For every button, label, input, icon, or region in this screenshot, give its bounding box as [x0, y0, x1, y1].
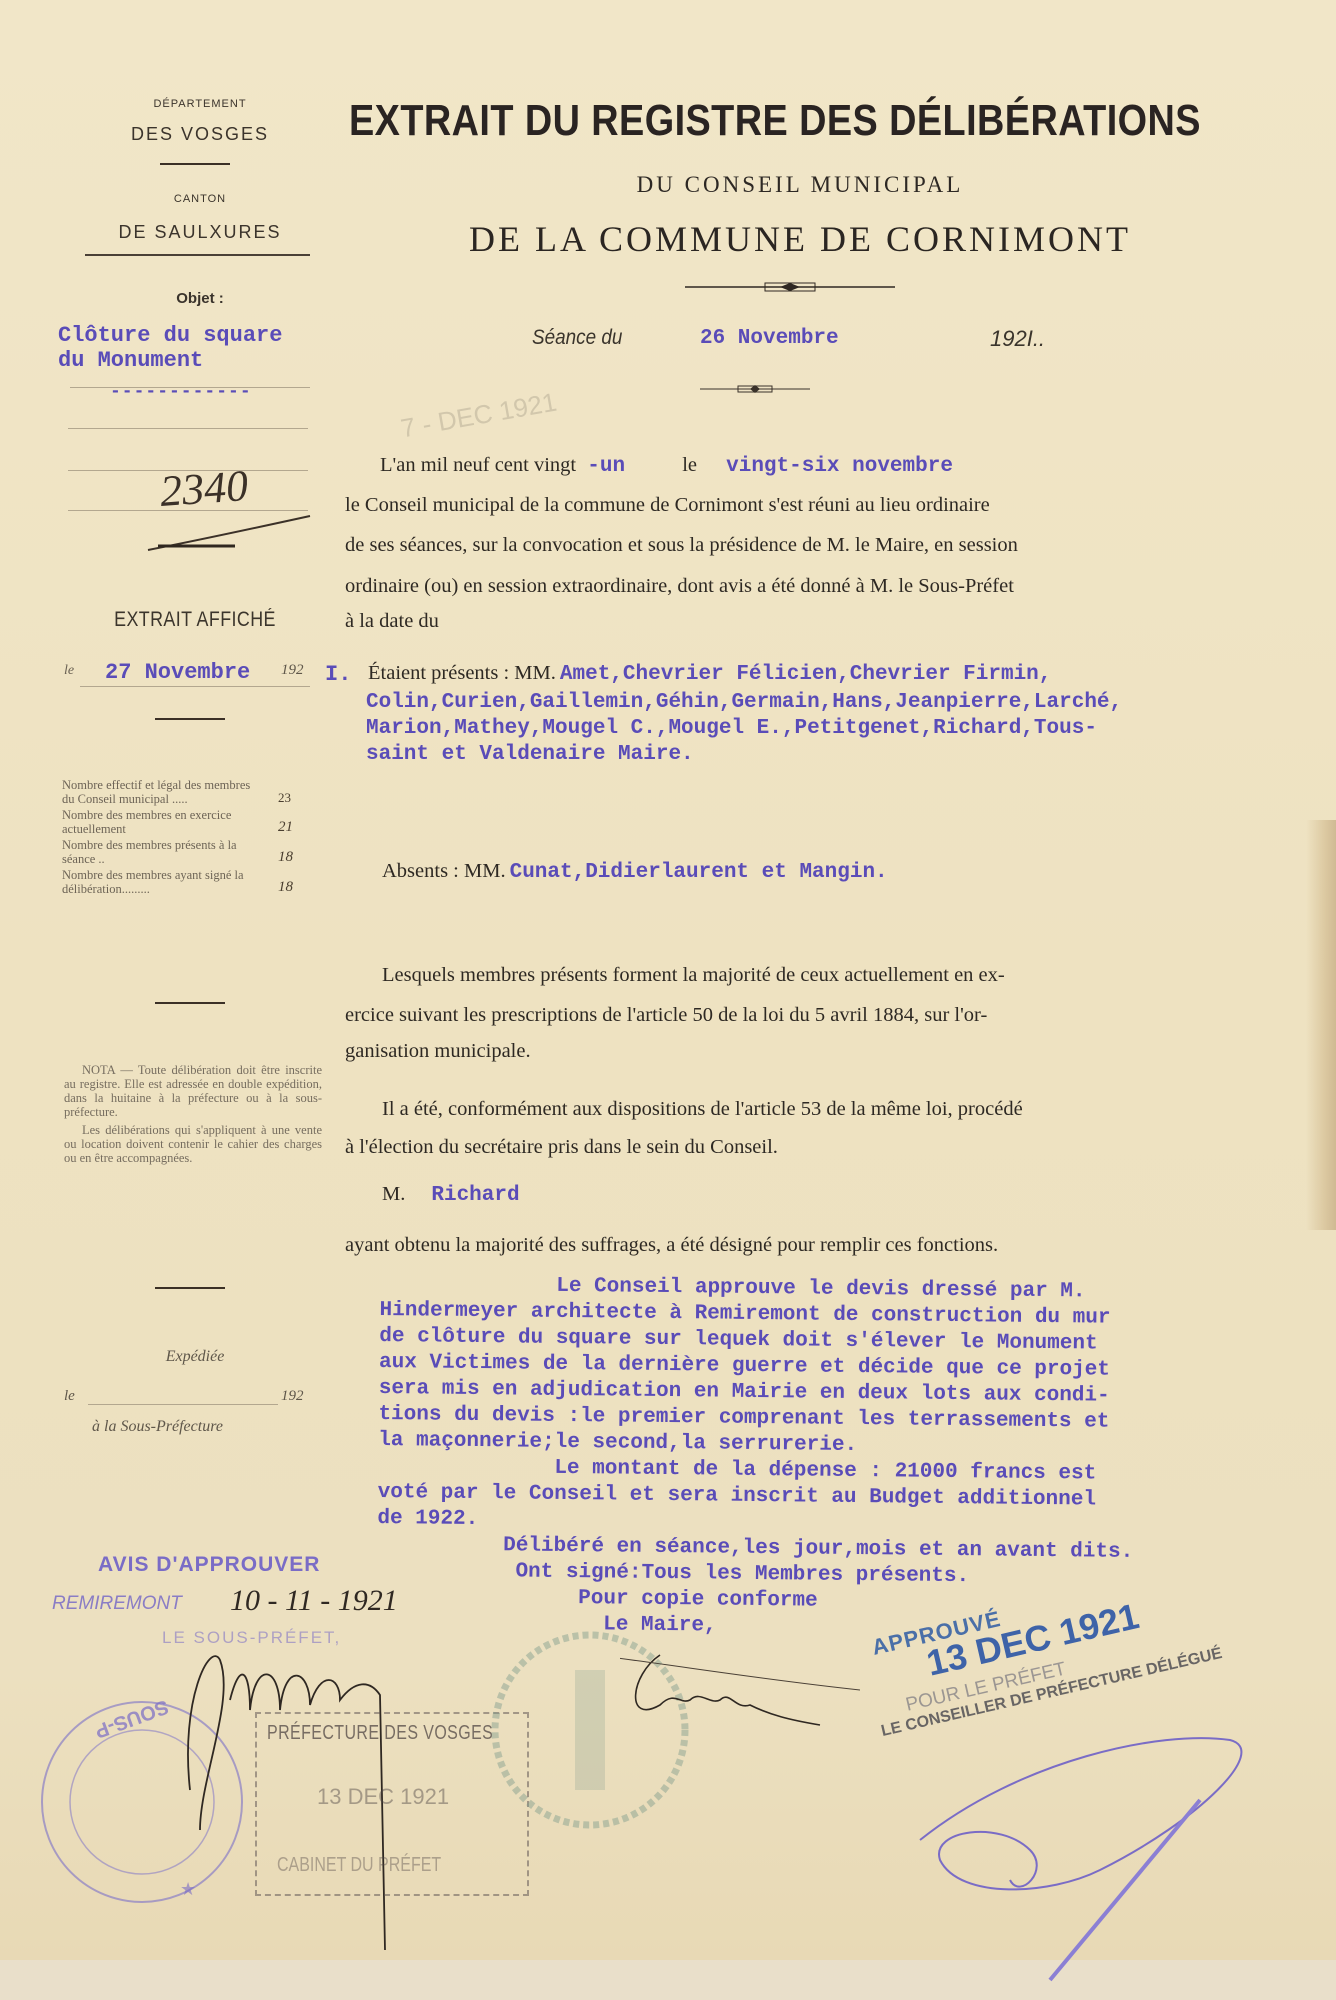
preamble-line-2: le Conseil municipal de la commune de Co…: [345, 494, 990, 517]
seance-year: 192I..: [990, 326, 1045, 352]
stat-row: Nombre effectif et légal des membres du …: [62, 778, 352, 806]
nota-block: NOTA — Toute délibération doit être insc…: [64, 1063, 322, 1165]
presents-line: saint et Valdenaire Maire.: [366, 742, 694, 768]
seance-date: 26 Novembre: [700, 327, 839, 350]
nota-paragraph-1: NOTA — Toute délibération doit être insc…: [64, 1063, 322, 1119]
stat-value: 23: [278, 790, 291, 806]
avis-stamp-date-handwritten: 10 - 11 - 1921: [230, 1584, 398, 1618]
preamble-line-5: à la date du: [345, 610, 439, 633]
absents-names: Cunat,Didierlaurent et Mangin.: [510, 861, 888, 884]
expediee-label: Expédiée: [120, 1348, 270, 1366]
prefecture-box-footer: CABINET DU PRÉFET: [277, 1854, 441, 1877]
preamble-line-4: ordinaire (ou) en session extraordinaire…: [345, 575, 1014, 598]
date-line: [88, 1404, 278, 1405]
canton-label: CANTON: [120, 193, 280, 205]
departement-name: DES VOSGES: [95, 124, 305, 145]
preamble-text: L'an mil neuf cent vingt: [380, 454, 576, 476]
date-line: [80, 686, 310, 687]
stat-label: Nombre des membres présents à la séance …: [62, 838, 262, 866]
secretary-name-row: M. Richard: [382, 1183, 520, 1207]
stat-label: Nombre des membres en exercice actuellem…: [62, 808, 262, 836]
deliberation-body: Le Conseil approuve le devis dressé par …: [376, 1272, 1136, 1644]
affichage-date: 27 Novembre: [105, 660, 250, 685]
stat-row: Nombre des membres en exercice actuellem…: [62, 808, 352, 836]
prefecture-box-title: PRÉFECTURE DES VOSGES: [267, 1722, 493, 1745]
member-stats: Nombre effectif et légal des membres du …: [62, 778, 352, 896]
extrait-affiche-label: EXTRAIT AFFICHÉ: [89, 608, 302, 632]
stat-value: 21: [278, 819, 293, 836]
stat-value: 18: [278, 849, 293, 866]
typed-year: -un: [587, 455, 625, 478]
typed-date: vingt-six novembre: [726, 455, 953, 478]
canton-name: DE SAULXURES: [80, 222, 320, 243]
divider: [85, 254, 310, 256]
commune-name: DE LA COMMUNE DE CORNIMONT: [345, 218, 1255, 260]
affichage-year-suffix: I.: [325, 662, 351, 687]
expediee-le: le: [64, 1388, 75, 1405]
seance-label: Séance du: [532, 326, 622, 350]
divider: [160, 163, 230, 165]
avis-stamp-place: REMIREMONT: [52, 1593, 182, 1615]
presents-line: Colin,Curien,Gaillemin,Géhin,Germain,Han…: [366, 690, 1122, 716]
prefet-signature: [900, 1700, 1260, 1990]
divider: [155, 718, 225, 720]
register-number-handwritten: 2340: [158, 460, 249, 517]
preamble-line-1: L'an mil neuf cent vingt -un le vingt-si…: [380, 454, 953, 478]
stat-label: Nombre effectif et légal des membres du …: [62, 778, 262, 806]
handwritten-flourish: [140, 510, 320, 555]
objet-label: Objet :: [150, 290, 250, 307]
paper-fold-edge: [1306, 820, 1336, 1230]
objet-line-2: du Monument: [58, 349, 203, 373]
prefecture-box-date: 13 DEC 1921: [317, 1784, 449, 1810]
preamble-line-3: de ses séances, sur la convocation et so…: [345, 534, 1018, 557]
stat-label: Nombre des membres ayant signé la délibé…: [62, 868, 262, 896]
departement-label: DÉPARTEMENT: [120, 98, 280, 110]
objet-line-1: Clôture du square: [58, 324, 282, 348]
presents-line: Marion,Mathey,Mougel C.,Mougel E.,Petitg…: [366, 716, 1097, 742]
presents-line: Amet,Chevrier Félicien,Chevrier Firmin,: [560, 663, 1051, 686]
secretary-line-1: Il a été, conformément aux dispositions …: [382, 1098, 1023, 1121]
maire-signature: [620, 1645, 860, 1745]
ornamental-divider: [700, 382, 810, 396]
objet-underline: ------------: [110, 382, 252, 402]
secretary-line-3: ayant obtenu la majorité des suffrages, …: [345, 1234, 998, 1257]
divider: [155, 1287, 225, 1289]
affichage-le: le: [64, 663, 74, 679]
absents-label: Absents : MM.: [382, 860, 506, 882]
stat-row: Nombre des membres ayant signé la délibé…: [62, 868, 352, 896]
quorum-line-2: ercice suivant les prescriptions de l'ar…: [345, 1004, 987, 1027]
divider: [155, 1002, 225, 1004]
document-subtitle: DU CONSEIL MUNICIPAL: [500, 172, 1100, 198]
presents-label: Étaient présents : MM.: [368, 662, 556, 684]
divider: [68, 428, 308, 429]
avis-stamp-title: AVIS D'APPROUVER: [98, 1553, 320, 1577]
affichage-year-prefix: 192: [281, 662, 304, 679]
expediee-year: 192: [281, 1388, 304, 1405]
presents-block: Étaient présents : MM. Amet,Chevrier Fél…: [368, 662, 1051, 688]
ornamental-divider: [685, 280, 895, 294]
stat-row: Nombre des membres présents à la séance …: [62, 838, 352, 866]
secretary-line-2: à l'élection du secrétaire pris dans le …: [345, 1136, 778, 1159]
preamble-text: le: [682, 454, 697, 476]
document-title: EXTRAIT DU REGISTRE DES DÉLIBÉRATIONS: [349, 96, 1201, 146]
nota-paragraph-2: Les délibérations qui s'appliquent à une…: [64, 1123, 322, 1165]
stat-value: 18: [278, 879, 293, 896]
secretary-name: Richard: [431, 1184, 519, 1207]
secretary-m: M.: [382, 1183, 405, 1205]
quorum-line-3: ganisation municipale.: [345, 1040, 531, 1063]
quorum-line-1: Lesquels membres présents forment la maj…: [382, 964, 1005, 987]
absents-block: Absents : MM. Cunat,Didierlaurent et Man…: [382, 860, 888, 886]
expediee-destination: à la Sous-Préfecture: [92, 1418, 223, 1436]
